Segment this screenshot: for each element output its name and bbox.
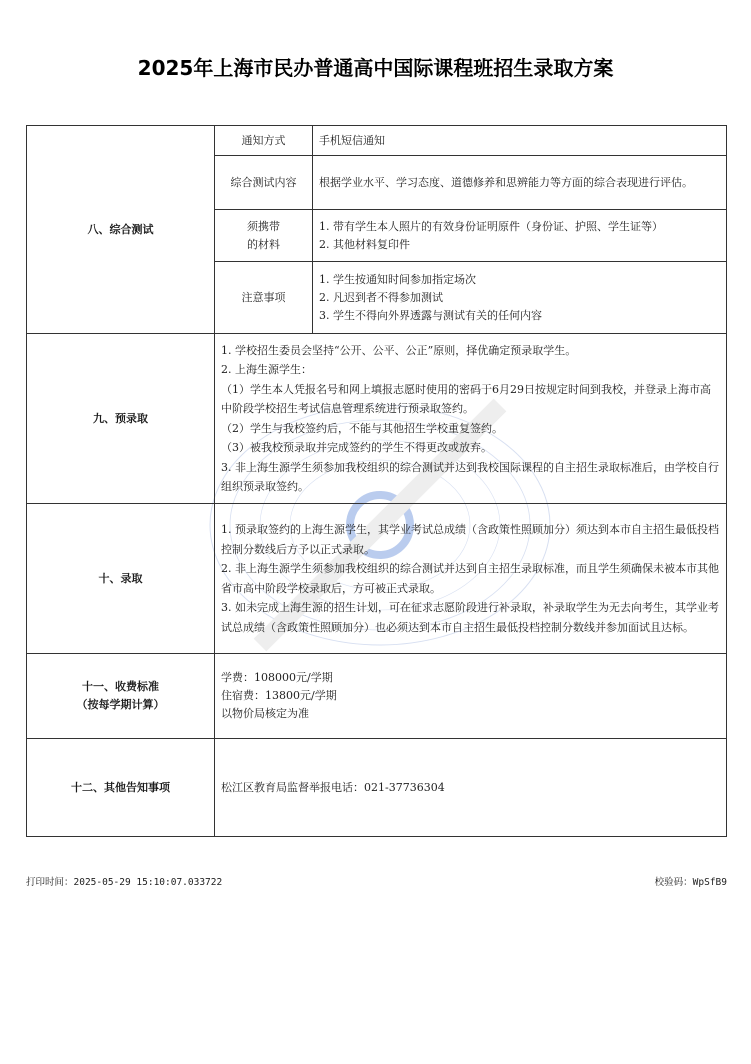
table-row: 九、预录取 1. 学校招生委员会坚持“公开、公平、公正”原则，择优确定预录取学生… [27,334,727,504]
table-row: 十、录取 1. 预录取签约的上海生源学生，其学业考试总成绩（含政策性照顾加分）须… [27,504,727,654]
row-value: 1. 带有学生本人照片的有效身份证明原件（身份证、护照、学生证等） 2. 其他材… [313,210,727,262]
row-label: 注意事项 [215,262,313,334]
section-content: 学费：108000元/学期 住宿费：13800元/学期 以物价局核定为准 [215,654,727,739]
table-row: 八、综合测试 通知方式 手机短信通知 [27,126,727,156]
table-row: 十二、其他告知事项 松江区教育局监督举报电话：021-37736304 [27,739,727,837]
section-label-admission: 十、录取 [27,504,215,654]
table-row: 十一、收费标准 （按每学期计算） 学费：108000元/学期 住宿费：13800… [27,654,727,739]
row-value: 根据学业水平、学习态度、道德修养和思辨能力等方面的综合表现进行评估。 [313,156,727,210]
section-label-fees: 十一、收费标准 （按每学期计算） [27,654,215,739]
section-label-other-notices: 十二、其他告知事项 [27,739,215,837]
row-label: 综合测试内容 [215,156,313,210]
section-label-comprehensive-test: 八、综合测试 [27,126,215,334]
section-label-pre-admission: 九、预录取 [27,334,215,504]
admission-plan-table: 八、综合测试 通知方式 手机短信通知 综合测试内容 根据学业水平、学习态度、道德… [26,125,727,837]
row-value: 手机短信通知 [313,126,727,156]
print-time: 打印时间：2025-05-29 15:10:07.033722 [26,874,222,888]
section-content: 松江区教育局监督举报电话：021-37736304 [215,739,727,837]
section-content: 1. 预录取签约的上海生源学生，其学业考试总成绩（含政策性照顾加分）须达到本市自… [215,504,727,654]
section-content: 1. 学校招生委员会坚持“公开、公平、公正”原则，择优确定预录取学生。 2. 上… [215,334,727,504]
row-value: 1. 学生按通知时间参加指定场次 2. 凡迟到者不得参加测试 3. 学生不得向外… [313,262,727,334]
row-label: 通知方式 [215,126,313,156]
row-label: 须携带 的材料 [215,210,313,262]
checksum-code: 校验码：WpSfB9 [655,874,727,888]
page-title: 2025年上海市民办普通高中国际课程班招生录取方案 [0,52,751,81]
